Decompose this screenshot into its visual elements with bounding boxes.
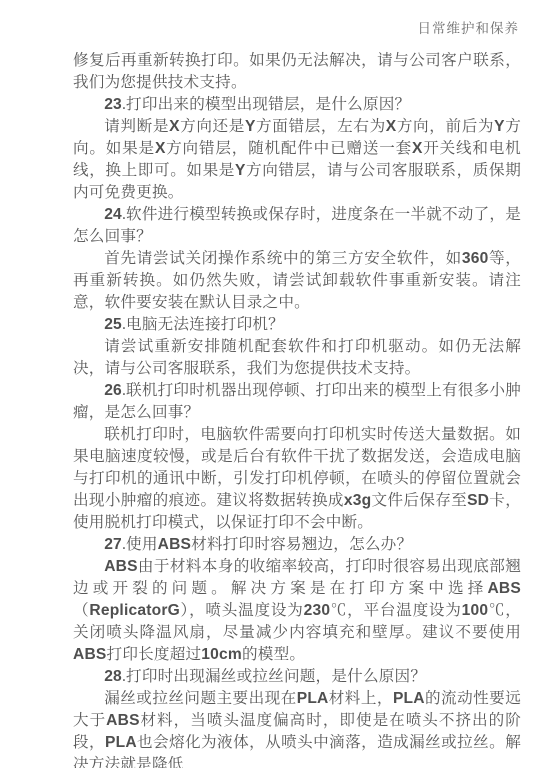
text-run: 漏丝或拉丝问题主要出现在 bbox=[104, 690, 297, 707]
text-run: .打印时出现漏丝或拉丝问题，是什么原因？ bbox=[122, 668, 426, 685]
paragraph-question: 23.打印出来的模型出现错层，是什么原因？ bbox=[73, 94, 521, 116]
paragraph-question: 26.联机打印时机器出现停顿、打印出来的模型上有很多小肿瘤，是怎么回事？ bbox=[73, 380, 521, 424]
text-run: 请判断是 bbox=[104, 118, 169, 135]
text-run: 首先请尝试关闭操作系统中的第三方安全软件，如 bbox=[104, 250, 462, 267]
emphasis-run: X bbox=[386, 118, 397, 135]
emphasis-run: 100 bbox=[462, 602, 489, 619]
paragraph-answer: 请判断是X方向还是Y方面错层，左右为X方向，前后为Y方向。如果是X方向错层，随机… bbox=[73, 116, 521, 204]
emphasis-run: X bbox=[169, 118, 180, 135]
text-run: 修复后再重新转换打印。如果仍无法解决，请与公司客户联系，我们为您提供技术支持。 bbox=[73, 52, 521, 91]
emphasis-run: X bbox=[412, 140, 423, 157]
paragraph-question: 25.电脑无法连接打印机？ bbox=[73, 314, 521, 336]
emphasis-run: ABS bbox=[104, 558, 138, 575]
emphasis-run: x3g bbox=[344, 492, 371, 509]
text-run: （ bbox=[73, 602, 89, 619]
paragraph-answer: 漏丝或拉丝问题主要出现在PLA材料上，PLA的流动性要远大于ABS材料，当喷头温… bbox=[73, 688, 521, 768]
paragraph-answer: 联机打印时，电脑软件需要向打印机实时传送大量数据。如果电脑速度较慢，或是后台有软… bbox=[73, 424, 521, 534]
text-run: .联机打印时机器出现停顿、打印出来的模型上有很多小肿瘤，是怎么回事？ bbox=[73, 382, 521, 421]
emphasis-run: 27 bbox=[104, 536, 122, 553]
emphasis-run: Y bbox=[245, 118, 256, 135]
text-run: ），喷头温度设为 bbox=[180, 602, 304, 619]
emphasis-run: Y bbox=[494, 118, 505, 135]
emphasis-run: 230 bbox=[304, 602, 331, 619]
text-run: 的模型。 bbox=[242, 646, 305, 663]
paragraph-question: 27.使用ABS材料打印时容易翘边，怎么办？ bbox=[73, 534, 521, 556]
paragraph-answer: ABS由于材料本身的收缩率较高，打印时很容易出现底部翘边或开裂的问题。解决方案是… bbox=[73, 556, 521, 666]
paragraph-question: 28.打印时出现漏丝或拉丝问题，是什么原因？ bbox=[73, 666, 521, 688]
text-run: 打印长度超过 bbox=[107, 646, 202, 663]
emphasis-run: 360 bbox=[462, 250, 489, 267]
emphasis-run: 23 bbox=[104, 96, 122, 113]
emphasis-run: ReplicatorG bbox=[89, 602, 180, 619]
emphasis-run: ABS bbox=[487, 580, 521, 597]
text-run: 文件后保存至 bbox=[371, 492, 467, 509]
emphasis-run: PLA bbox=[393, 690, 425, 707]
text-run: 方向，前后为 bbox=[396, 118, 494, 135]
text-run: ℃，平台温度设为 bbox=[330, 602, 461, 619]
document-page: 日常维护和保养 修复后再重新转换打印。如果仍无法解决，请与公司客户联系，我们为您… bbox=[0, 0, 543, 768]
emphasis-run: ABS bbox=[106, 712, 140, 729]
text-run: 方向还是 bbox=[180, 118, 245, 135]
emphasis-run: PLA bbox=[297, 690, 329, 707]
text-run: 方面错层，左右为 bbox=[256, 118, 386, 135]
text-run: 方向错层，随机配件中已赠送一套 bbox=[166, 140, 412, 157]
paragraph-answer: 请尝试重新安排随机配套软件和打印机驱动。如仍无法解决，请与公司客服联系，我们为您… bbox=[73, 336, 521, 380]
text-run: .打印出来的模型出现错层，是什么原因？ bbox=[122, 96, 410, 113]
emphasis-run: 28 bbox=[104, 668, 122, 685]
paragraph-question: 24.软件进行模型转换或保存时，进度条在一半就不动了，是怎么回事？ bbox=[73, 204, 521, 248]
emphasis-run: ABS bbox=[158, 536, 192, 553]
text-run: .使用 bbox=[122, 536, 158, 553]
text-run: .软件进行模型转换或保存时，进度条在一半就不动了，是怎么回事？ bbox=[73, 206, 521, 245]
emphasis-run: 25 bbox=[104, 316, 122, 333]
paragraph-continuation: 修复后再重新转换打印。如果仍无法解决，请与公司客户联系，我们为您提供技术支持。 bbox=[73, 50, 521, 94]
emphasis-run: ABS bbox=[73, 646, 107, 663]
emphasis-run: X bbox=[155, 140, 166, 157]
emphasis-run: 24 bbox=[104, 206, 122, 223]
emphasis-run: PLA bbox=[105, 734, 137, 751]
document-content: 修复后再重新转换打印。如果仍无法解决，请与公司客户联系，我们为您提供技术支持。2… bbox=[73, 50, 521, 768]
emphasis-run: 10cm bbox=[201, 646, 242, 663]
text-run: 材料上， bbox=[329, 690, 393, 707]
emphasis-run: SD bbox=[467, 492, 489, 509]
emphasis-run: 26 bbox=[104, 382, 122, 399]
text-run: 由于材料本身的收缩率较高，打印时很容易出现底部翘边或开裂的问题。解决方案是在打印… bbox=[73, 558, 521, 597]
text-run: 材料打印时容易翘边，怎么办？ bbox=[191, 536, 412, 553]
header-title: 日常维护和保养 bbox=[418, 21, 520, 36]
text-run: .电脑无法连接打印机？ bbox=[122, 316, 284, 333]
paragraph-answer: 首先请尝试关闭操作系统中的第三方安全软件，如360等，再重新转换。如仍然失败，请… bbox=[73, 248, 521, 314]
text-run: 请尝试重新安排随机配套软件和打印机驱动。如仍无法解决，请与公司客服联系，我们为您… bbox=[73, 338, 521, 377]
emphasis-run: Y bbox=[235, 162, 246, 179]
page-running-header: 日常维护和保养 bbox=[418, 21, 520, 37]
text-run: 也会熔化为液体，从喷头中滴落，造成漏丝或拉丝。解决方法就是降低 bbox=[73, 734, 521, 768]
